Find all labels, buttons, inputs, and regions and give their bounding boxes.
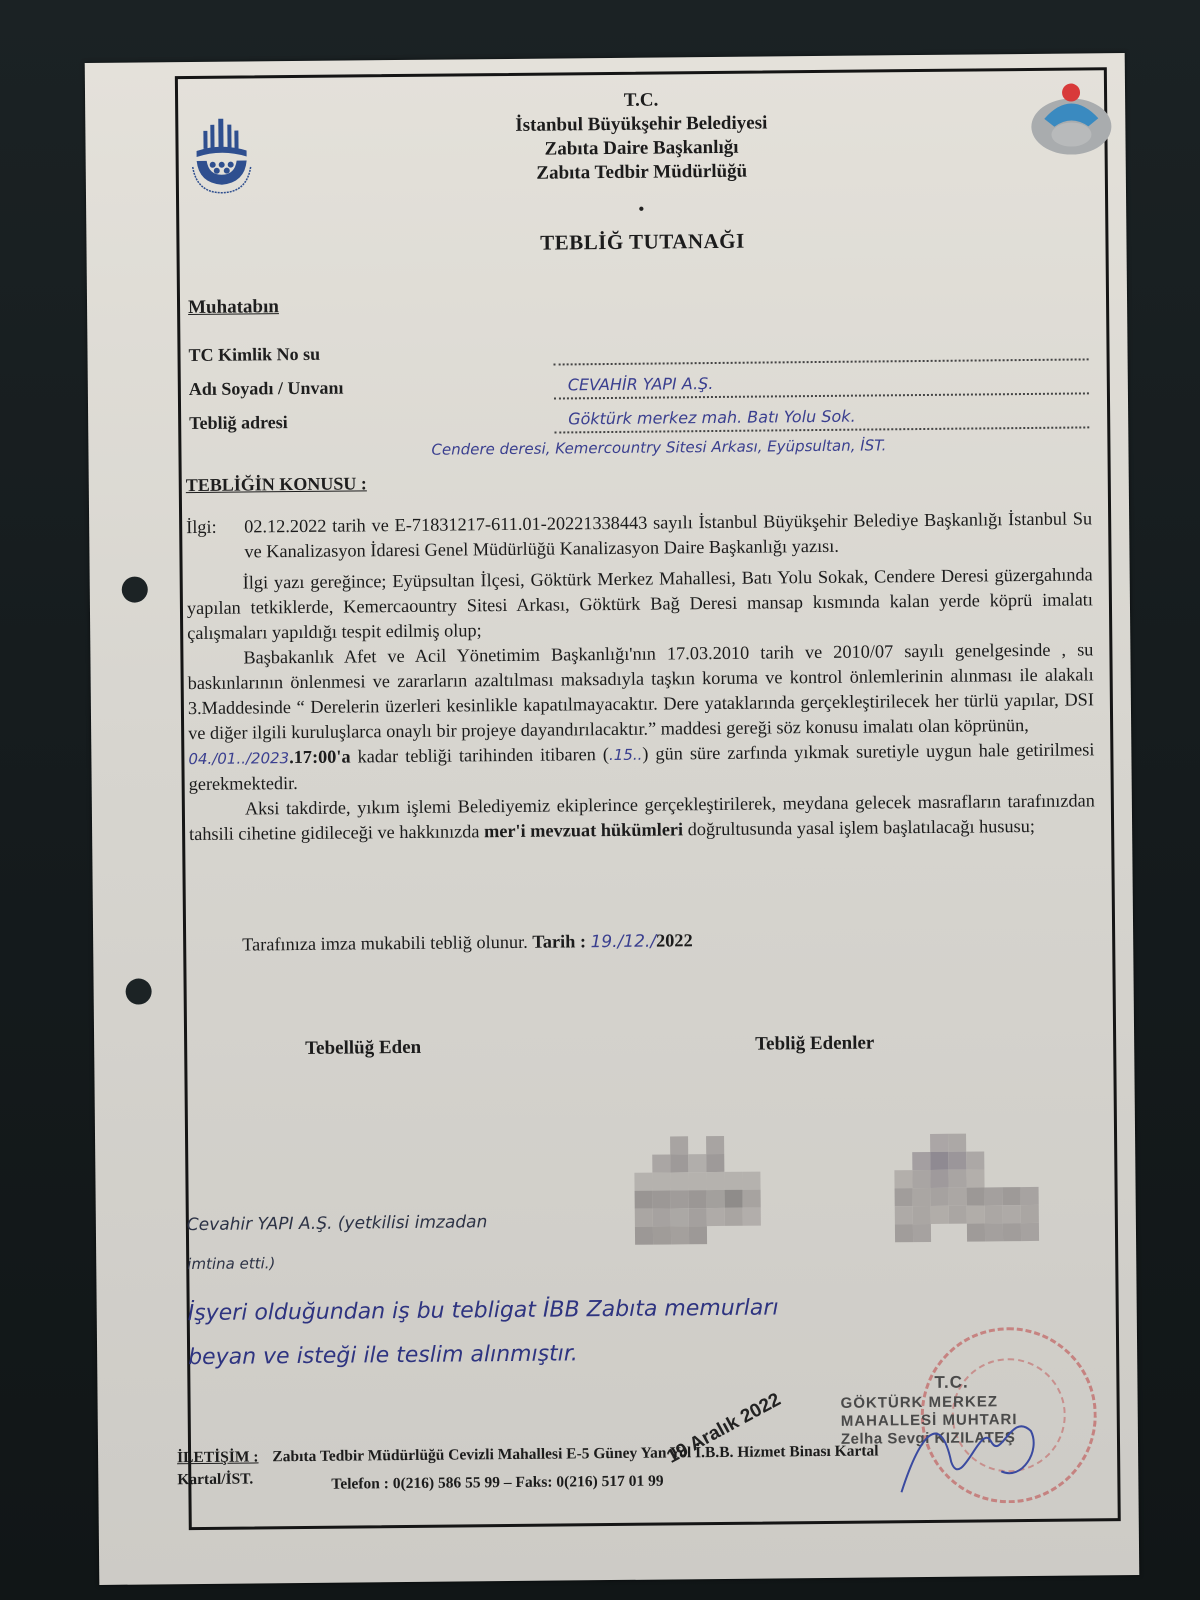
- header-bullet: •: [638, 199, 645, 220]
- field-value: [553, 336, 1088, 365]
- regulation-text: Başbakanlık Afet ve Acil Yönetimim Başka…: [188, 639, 1094, 743]
- deadline-time: .17:00'a: [289, 747, 351, 768]
- deadline-date: 04./01../2023: [188, 749, 289, 768]
- contact-label: İLETİŞİM :: [177, 1448, 259, 1466]
- ilgi-text: 02.12.2022 tarih ve E-71831217-611.01-20…: [244, 506, 1092, 564]
- footer-city: Kartal/İST.: [177, 1470, 253, 1489]
- document-page: T.C. İstanbul Büyükşehir Belediyesi Zabı…: [85, 53, 1140, 1585]
- deadline-days: .15..: [609, 746, 643, 764]
- notifiers-heading: Tebliğ Edenler: [755, 1032, 874, 1055]
- contact-address: Zabıta Tedbir Müdürlüğü Cevizli Mahalles…: [272, 1442, 878, 1465]
- subject-heading: TEBLİĞİN KONUSU :: [186, 473, 367, 496]
- field-name-title: Adı Soyadı / Unvanı CEVAHİR YAPI A.Ş.: [189, 370, 1089, 409]
- date-label: Tarih :: [532, 931, 586, 952]
- redacted-signature: [634, 1135, 779, 1244]
- consequence-bold: mer'i mevzuat hükümleri: [484, 819, 683, 841]
- punch-hole: [122, 576, 148, 602]
- paragraph-consequence: Aksi takdirde, yıkım işlemi Belediyemiz …: [189, 788, 1095, 847]
- paragraph-findings: İlgi yazı gereğince; Eyüpsultan İlçesi, …: [187, 562, 1094, 646]
- date-handwritten: 19./12./: [590, 932, 656, 953]
- punch-hole: [126, 978, 152, 1004]
- document-frame: T.C. İstanbul Büyükşehir Belediyesi Zabı…: [175, 67, 1121, 1530]
- field-tc-kimlik: TC Kimlik No su: [188, 336, 1088, 375]
- deadline-text: kadar tebliği tarihinden itibaren (: [351, 744, 610, 766]
- ilgi-reference: İlgi: 02.12.2022 tarih ve E-71831217-611…: [186, 506, 1092, 565]
- receiver-heading: Tebellüğ Eden: [305, 1037, 421, 1060]
- recipient-heading: Muhatabın: [188, 296, 279, 319]
- paragraph-regulation: Başbakanlık Afet ve Acil Yönetimim Başka…: [187, 637, 1094, 746]
- notification-text: Tarafınıza imza mukabili tebliğ olunur.: [242, 932, 528, 955]
- field-label: TC Kimlik No su: [188, 344, 320, 366]
- consequence-text-end: doğrultusunda yasal işlem başlatılacağı …: [683, 816, 1035, 839]
- date-year: 2022: [656, 930, 693, 950]
- field-address: Tebliğ adresi Göktürk merkez mah. Batı Y…: [189, 404, 1089, 443]
- ilgi-label: İlgi:: [186, 515, 244, 566]
- handwritten-refusal-2: imtina etti.): [187, 1254, 275, 1273]
- field-value: CEVAHİR YAPI A.Ş.: [554, 370, 1089, 399]
- redacted-signature: [894, 1133, 1039, 1242]
- field-label: Adı Soyadı / Unvanı: [189, 378, 344, 400]
- handwritten-note: İşyeri olduğundan iş bu tebligat İBB Zab…: [188, 1295, 779, 1326]
- handwritten-note-2: beyan ve isteği ile teslim alınmıştır.: [188, 1341, 578, 1370]
- footer-contact: İLETİŞİM : Zabıta Tedbir Müdürlüğü Ceviz…: [177, 1442, 879, 1467]
- field-label: Tebliğ adresi: [189, 412, 288, 434]
- address-line-2: Cendere deresi, Kemercountry Sitesi Arka…: [431, 436, 886, 458]
- handwritten-refusal: Cevahir YAPI A.Ş. (yetkilisi imzadan: [187, 1212, 488, 1235]
- muhtar-signature-icon: [890, 1371, 1051, 1503]
- notification-line: Tarafınıza imza mukabili tebliğ olunur. …: [242, 930, 693, 955]
- field-value: Göktürk merkez mah. Batı Yolu Sok.: [554, 404, 1089, 433]
- footer-phone: Telefon : 0(216) 586 55 99 – Faks: 0(216…: [331, 1473, 663, 1494]
- paragraph-deadline: 04./01../2023.17:00'a kadar tebliği tari…: [188, 737, 1094, 797]
- document-title: TEBLİĞ TUTANAĞI: [179, 225, 1105, 259]
- subject-body: İlgi: 02.12.2022 tarih ve E-71831217-611…: [186, 506, 1095, 847]
